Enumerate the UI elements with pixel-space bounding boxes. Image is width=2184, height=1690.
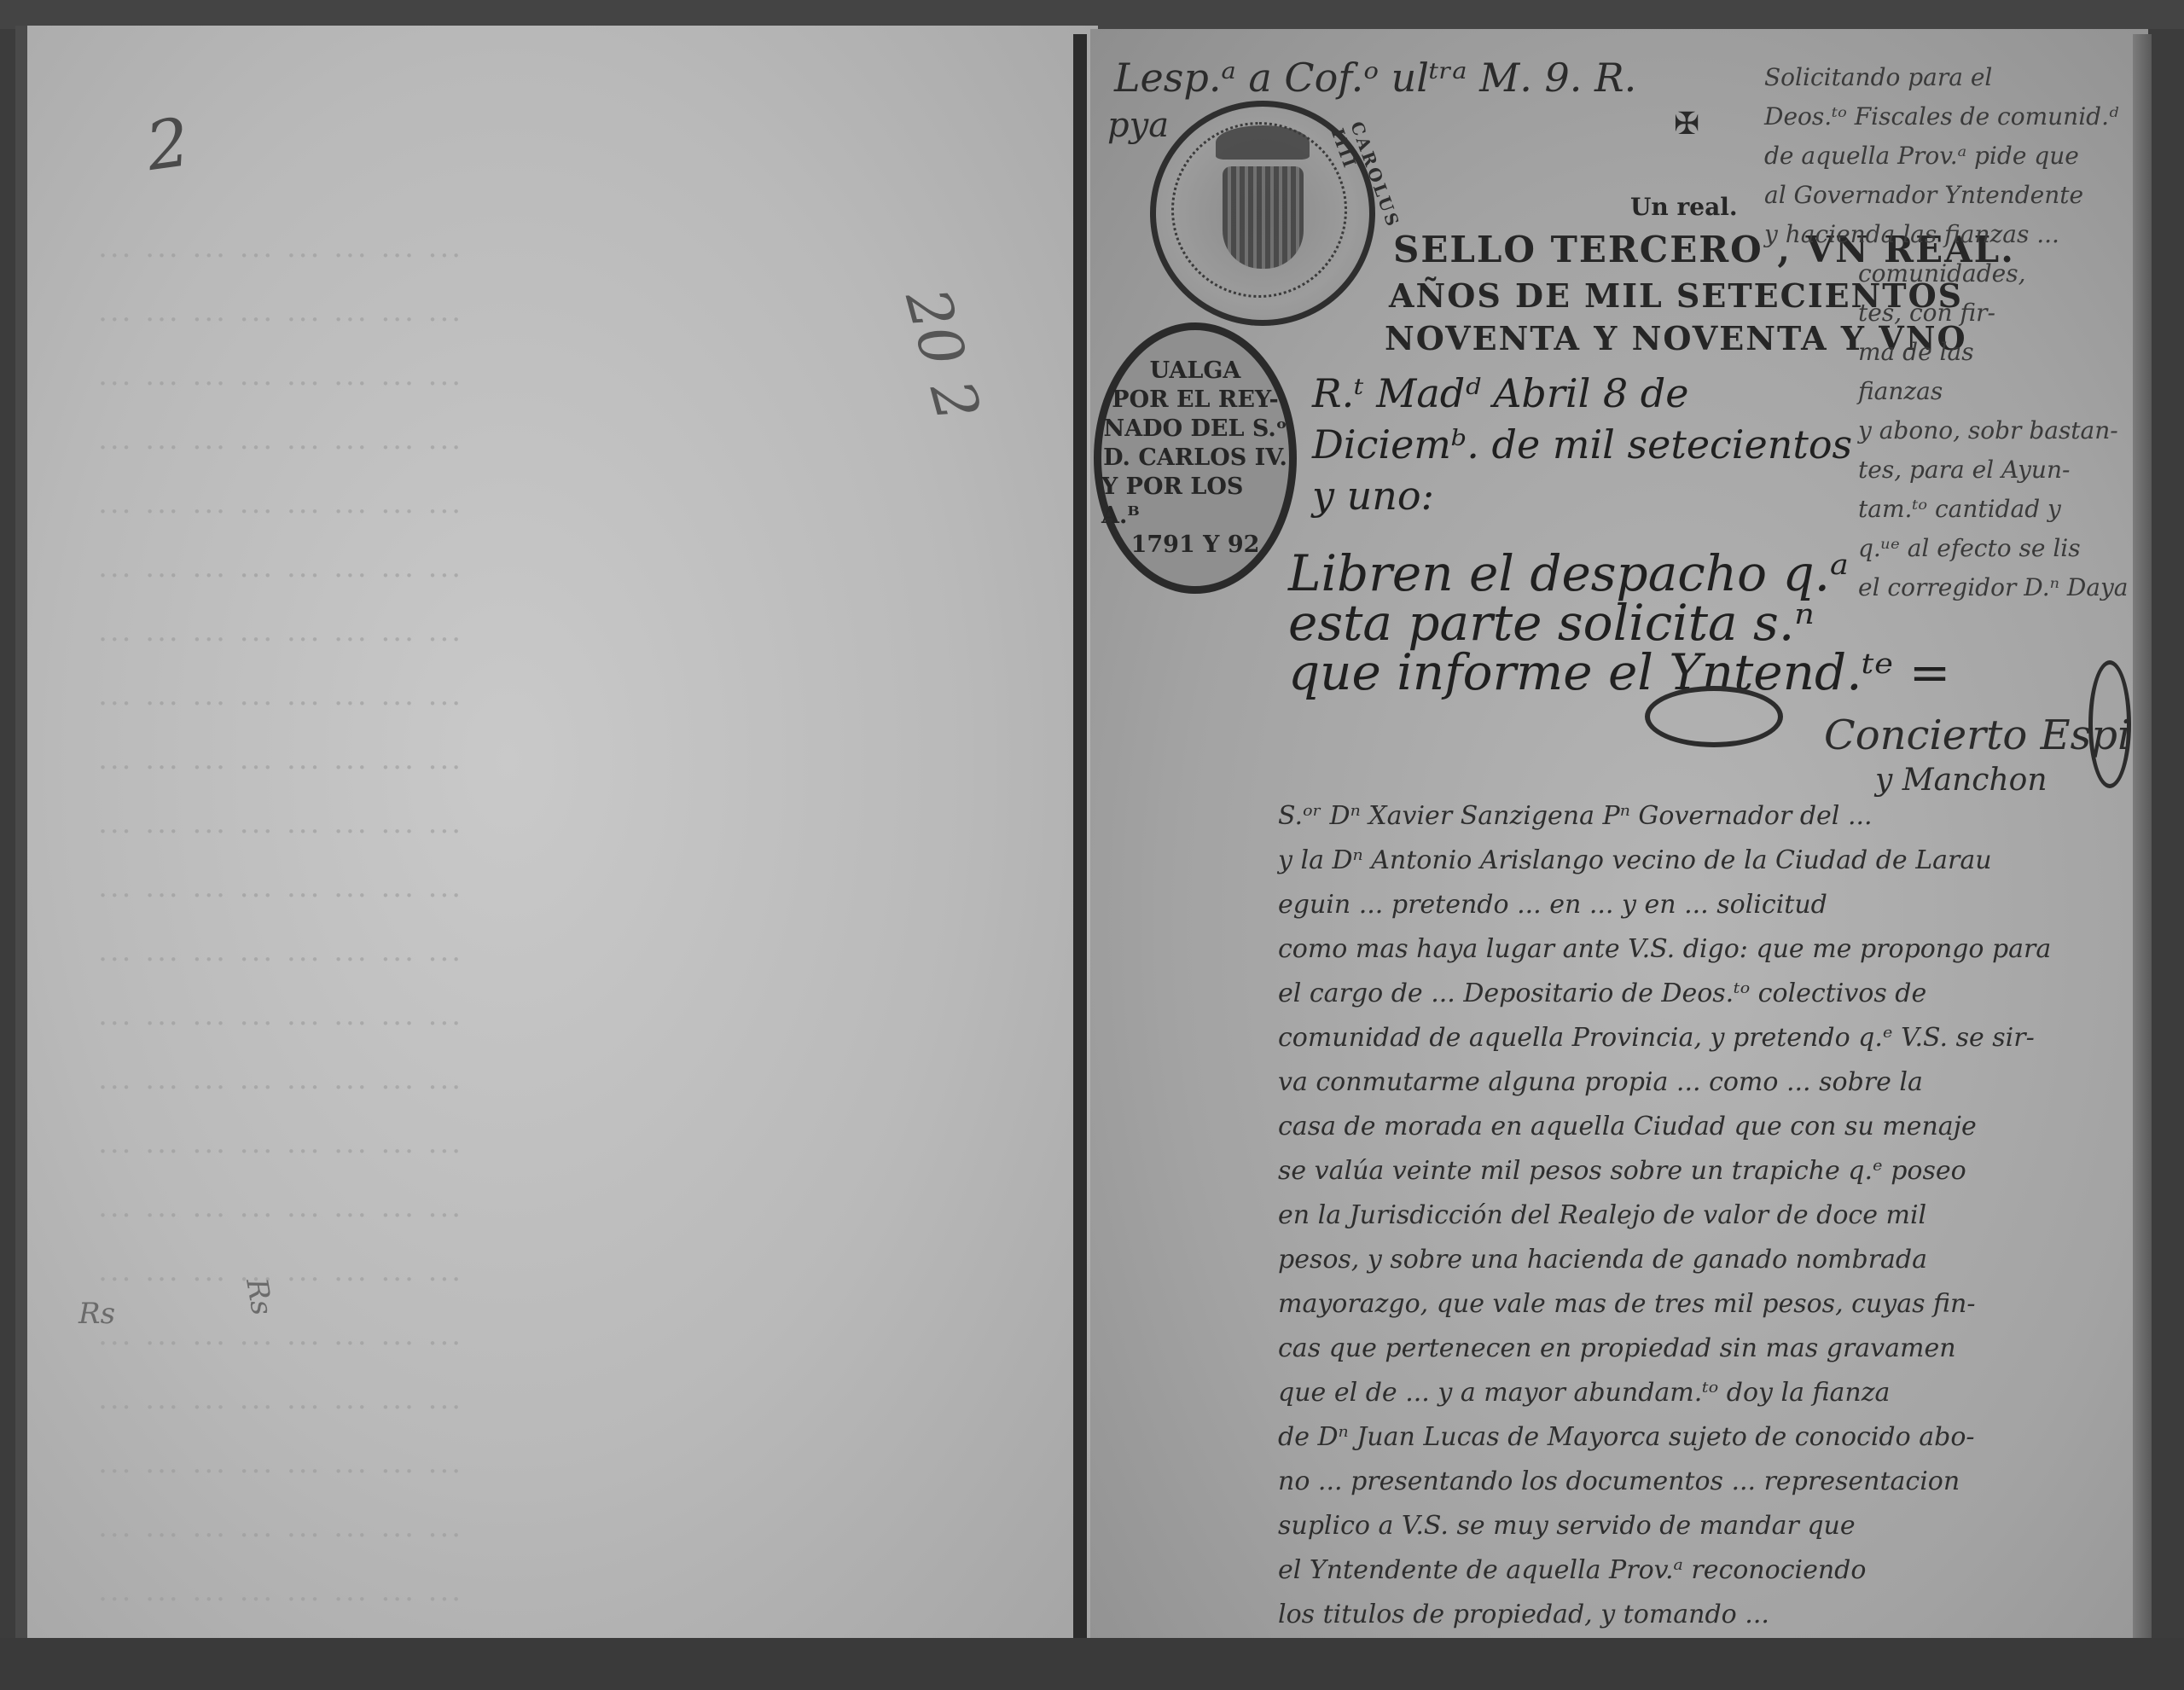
bleed-line: ··· ··· ··· ··· ··· ··· ··· ··· — [96, 1263, 461, 1297]
body-line: mayorazgo, que vale mas de tres mil peso… — [1278, 1289, 1976, 1319]
seal-row: 1791 Y 92 — [1131, 531, 1260, 560]
margin-note-line: y abono, sobr bastan- — [1858, 416, 2118, 444]
decree-line: y uno: — [1312, 473, 1434, 519]
body-line: S.ᵒʳ Dⁿ Xavier Sanzigena Pⁿ Governador d… — [1278, 801, 1873, 831]
bleed-line: ··· ··· ··· ··· ··· ··· ··· ··· — [96, 1071, 461, 1105]
seal-row: NADO DEL S.ᵒ — [1104, 415, 1287, 444]
body-line: cas que pertenecen en propiedad sin mas … — [1278, 1333, 1956, 1363]
bleed-line: ··· ··· ··· ··· ··· ··· ··· ··· — [96, 815, 461, 849]
book-gutter — [1073, 34, 1087, 1655]
body-line: el Yntendente de aquella Prov.ᵃ reconoci… — [1278, 1555, 1866, 1585]
decree-line: Diciemᵇ. de mil setecientos — [1312, 421, 1852, 468]
body-line: que el de ... y a mayor abundam.ᵗᵒ doy l… — [1278, 1378, 1890, 1408]
body-line: como mas haya lugar ante V.S. digo: que … — [1278, 934, 2051, 964]
bleed-line: ··· ··· ··· ··· ··· ··· ··· ··· — [96, 1583, 461, 1617]
seal-row: POR EL REY- — [1112, 386, 1278, 415]
body-line: eguin ... pretendo ... en ... y en ... s… — [1278, 890, 1827, 920]
top-shadow — [0, 0, 2184, 29]
bleed-line: ··· ··· ··· ··· ··· ··· ··· ··· — [96, 303, 461, 337]
body-line: en la Jurisdicción del Realejo de valor … — [1278, 1200, 1926, 1230]
cross-icon: ✠ — [1674, 107, 1699, 142]
margin-note-line: de aquella Prov.ᵃ pide que — [1764, 142, 2079, 170]
decree-line: que informe el Yntend.ᵗᵉ = — [1288, 643, 1950, 701]
body-line: comunidad de aquella Provincia, y preten… — [1278, 1023, 2035, 1053]
left-page: 2 20 2 ··· ··· ··· ··· ··· ··· ··· ·····… — [15, 26, 1098, 1659]
body-line: casa de morada en aquella Ciudad que con… — [1278, 1112, 1977, 1141]
validation-seal: UALGA POR EL REY- NADO DEL S.ᵒ D. CARLOS… — [1094, 322, 1297, 594]
bleed-line: ··· ··· ··· ··· ··· ··· ··· ··· — [96, 1327, 461, 1361]
paraph-flourish — [1645, 686, 1783, 747]
body-line: no ... presentando los documentos ... re… — [1278, 1466, 1960, 1496]
bleed-line: ··· ··· ··· ··· ··· ··· ··· ··· — [96, 367, 461, 401]
margin-note-line: tes, con fir- — [1858, 299, 1995, 327]
page-edge — [2133, 34, 2152, 1655]
paraph-flourish — [2088, 660, 2131, 788]
seal-row: D. CARLOS IV. — [1103, 444, 1287, 473]
body-line: pesos, y sobre una hacienda de ganado no… — [1278, 1245, 1927, 1275]
bleed-line: ··· ··· ··· ··· ··· ··· ··· ··· — [96, 431, 461, 465]
bleed-line: ··· ··· ··· ··· ··· ··· ··· ··· — [96, 239, 461, 273]
crown-icon — [1216, 125, 1310, 160]
bleed-line: ··· ··· ··· ··· ··· ··· ··· ··· — [96, 1007, 461, 1041]
marginal-number: 20 2 — [892, 282, 994, 428]
body-line: de Dⁿ Juan Lucas de Mayorca sujeto de co… — [1278, 1422, 1975, 1452]
bleed-note: Rs — [239, 1275, 279, 1317]
body-line: los titulos de propiedad, y tomando ... — [1278, 1600, 1769, 1629]
decree-line: R.ᵗ Madᵈ Abril 8 de — [1312, 370, 1688, 416]
bleed-line: ··· ··· ··· ··· ··· ··· ··· ··· — [96, 1519, 461, 1553]
margin-note-line: Solicitando para el — [1764, 63, 1992, 91]
body-line: va conmutarme alguna propia ... como ...… — [1278, 1067, 1923, 1097]
stamp-denomination: Un real. — [1630, 193, 1738, 221]
margin-note-line: tes, para el Ayun- — [1858, 456, 2070, 484]
bleed-line: ··· ··· ··· ··· ··· ··· ··· ··· — [96, 1199, 461, 1233]
bleed-line: ··· ··· ··· ··· ··· ··· ··· ··· — [96, 751, 461, 785]
bleed-line: ··· ··· ··· ··· ··· ··· ··· ··· — [96, 1135, 461, 1169]
royal-seal: CAROLUS IIII — [1150, 101, 1375, 326]
margin-note-line: al Governador Yntendente — [1764, 181, 2083, 209]
seal-row: UALGA — [1150, 357, 1241, 386]
bleed-line: ··· ··· ··· ··· ··· ··· ··· ··· — [96, 943, 461, 977]
folio-number: 2 — [142, 104, 195, 186]
bleed-line: ··· ··· ··· ··· ··· ··· ··· ··· — [96, 559, 461, 593]
margin-note-line: tam.ᵗᵒ cantidad y — [1858, 495, 2061, 523]
margin-note-line: q.ᵘᵉ al efecto se lis — [1858, 534, 2081, 562]
margin-note-line: Deos.ᵗᵒ Fiscales de comunid.ᵈ — [1764, 102, 2118, 131]
margin-note-line: ma de las — [1858, 338, 1974, 366]
body-line: suplico a V.S. se muy servido de mandar … — [1278, 1511, 1856, 1541]
top-annotation-2: pya — [1107, 106, 1169, 145]
bottom-shadow — [0, 1638, 2184, 1690]
body-line: se valúa veinte mil pesos sobre un trapi… — [1278, 1156, 1966, 1186]
bleed-line: ··· ··· ··· ··· ··· ··· ··· ··· — [96, 1391, 461, 1425]
bleed-line: ··· ··· ··· ··· ··· ··· ··· ··· — [96, 1455, 461, 1489]
margin-note-line: el corregidor D.ⁿ Daya — [1858, 573, 2129, 601]
bleed-line: ··· ··· ··· ··· ··· ··· ··· ··· — [96, 623, 461, 657]
top-annotation: Lesp.ᵃ a Cof.ᵒ ulᵗʳᵃ M. 9. R. — [1114, 55, 1636, 101]
bleed-line: ··· ··· ··· ··· ··· ··· ··· ··· — [96, 687, 461, 721]
bleed-line: ··· ··· ··· ··· ··· ··· ··· ··· — [96, 495, 461, 529]
margin-note-line: comunidades, — [1858, 259, 2026, 287]
seal-row: Y POR LOS A.ᴮ — [1101, 473, 1289, 531]
coat-of-arms-icon — [1223, 166, 1304, 269]
body-line: el cargo de ... Depositario de Deos.ᵗᵒ c… — [1278, 979, 1926, 1008]
body-line: y la Dⁿ Antonio Arislango vecino de la C… — [1278, 845, 1992, 875]
bleed-note: Rs — [78, 1297, 115, 1331]
signature-line-2: y Manchon — [1875, 763, 2047, 798]
bleed-line: ··· ··· ··· ··· ··· ··· ··· ··· — [96, 879, 461, 913]
margin-note-line: fianzas — [1858, 377, 1943, 405]
margin-note-line: y hacienda las fianzas ... — [1764, 220, 2059, 248]
